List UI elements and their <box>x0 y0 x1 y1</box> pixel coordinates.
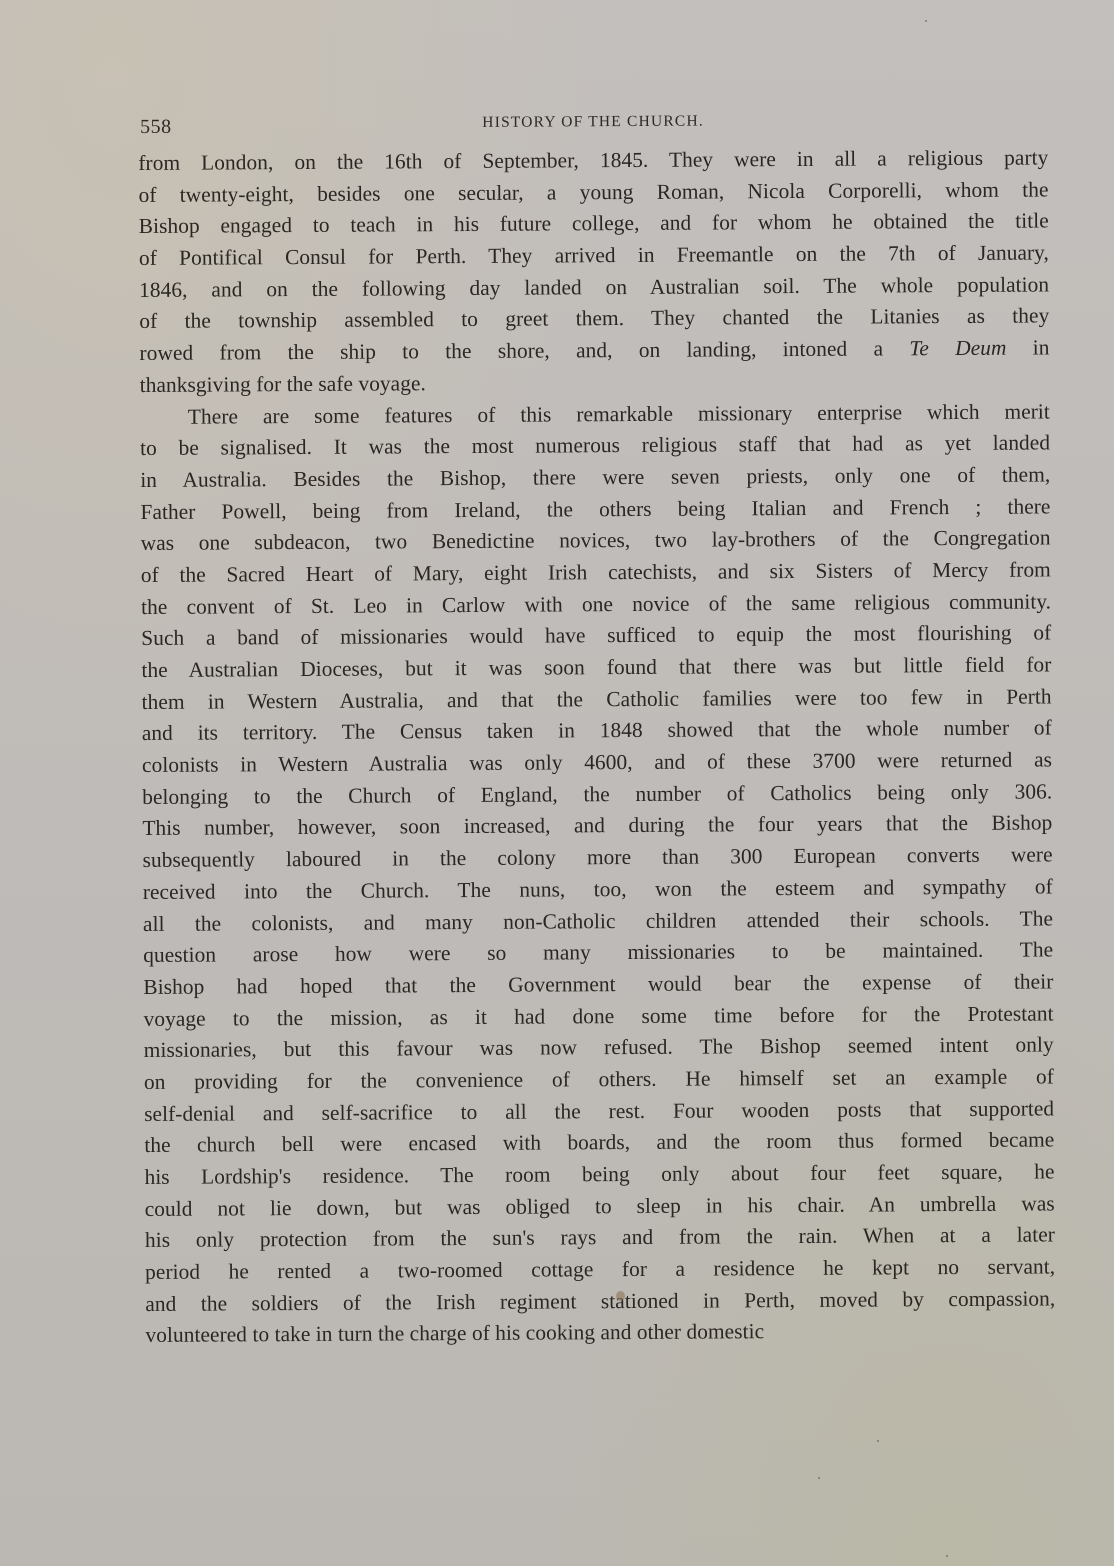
text-line: received into the Church. The nuns, too,… <box>143 871 1053 908</box>
text-line: in Australia. Besides the Bishop, there … <box>140 459 1050 496</box>
paper-speck <box>925 20 927 22</box>
text-line: colonists in Western Australia was only … <box>142 744 1052 781</box>
text-line: subsequently laboured in the colony more… <box>143 840 1053 877</box>
running-head: 558 HISTORY OF THE CHURCH. <box>138 102 1048 148</box>
text-line: his Lordship's residence. The room being… <box>144 1156 1054 1193</box>
text-line: volunteered to take in turn the charge o… <box>145 1315 1055 1352</box>
text-line: the Australian Dioceses, but it was soon… <box>141 649 1051 686</box>
text-line: of Pontifical Consul for Perth. They arr… <box>139 238 1049 275</box>
paper-speck <box>818 1477 820 1479</box>
scanned-book-page: { "header": { "page_number": "558", "run… <box>0 0 1114 1566</box>
text-line: of the Sacred Heart of Mary, eight Irish… <box>141 554 1051 591</box>
paper-speck <box>946 1555 948 1557</box>
text-line: rowed from the ship to the shore, and, o… <box>139 333 1049 370</box>
text-fragment: rowed from the ship to the shore, and, o… <box>139 336 909 365</box>
body-text: from London, on the 16th of September, 1… <box>138 142 1055 1352</box>
text-line: and the soldiers of the Irish regiment s… <box>145 1283 1055 1320</box>
paragraph-2: There are some features of this remarkab… <box>140 396 1056 1352</box>
paper-stain <box>616 1291 625 1301</box>
running-title: HISTORY OF THE CHURCH. <box>138 110 1048 134</box>
italic-phrase-te-deum: Te Deum <box>909 336 1006 361</box>
text-line: period he rented a two-roomed cottage fo… <box>145 1251 1055 1288</box>
paragraph-1: from London, on the 16th of September, 1… <box>138 142 1050 401</box>
book-page-content: 558 HISTORY OF THE CHURCH. from London, … <box>138 102 1056 1352</box>
text-line: Bishop had hoped that the Government wou… <box>143 966 1053 1003</box>
text-line: from London, on the 16th of September, 1… <box>138 142 1048 179</box>
text-fragment: in <box>1006 336 1049 360</box>
paper-speck <box>877 1440 879 1442</box>
text-line: on providing for the convenience of othe… <box>144 1061 1054 1098</box>
